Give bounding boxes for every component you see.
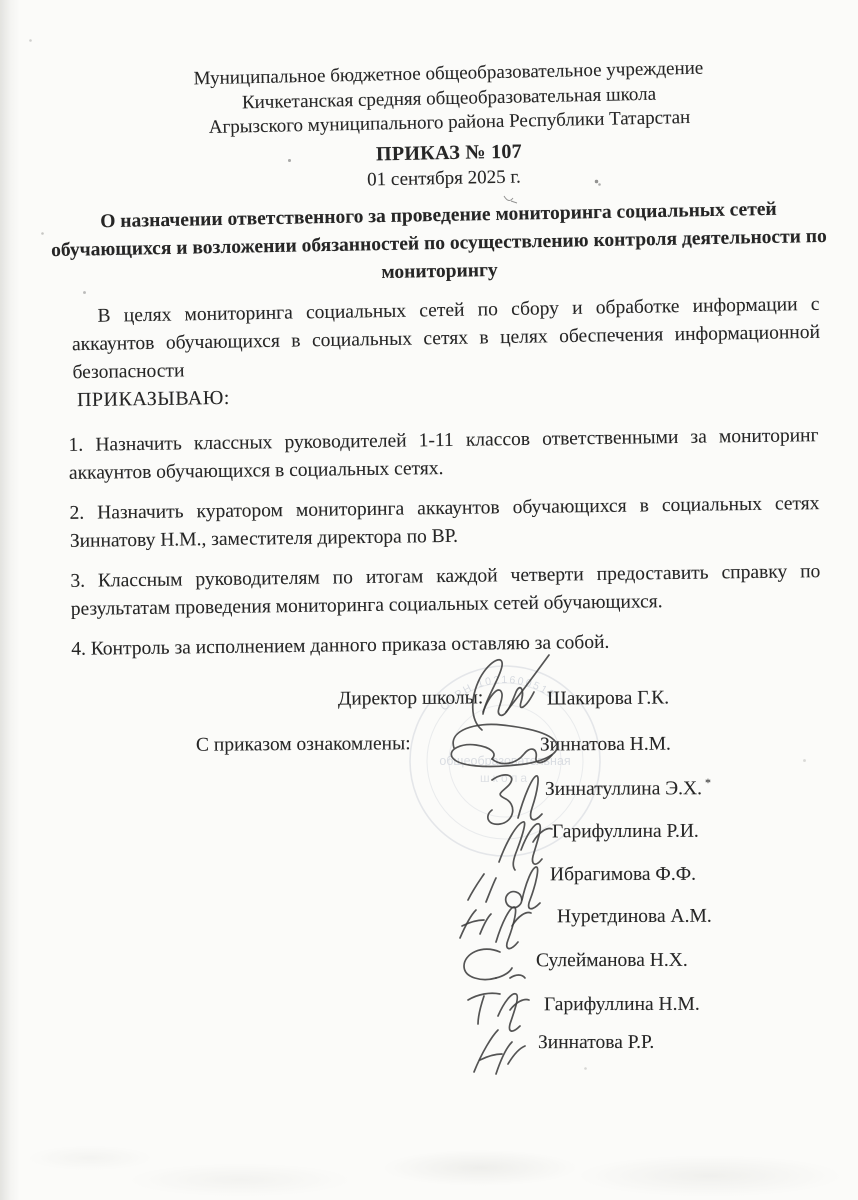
organization-header: Муниципальное бюджетное общеобразователь… [48, 54, 849, 144]
signatory-name-5: Сулейманова Н.Х. [536, 950, 688, 972]
order-item-1: 1. Назначить классных руководителей 1-11… [68, 422, 819, 488]
signatory-name-1: Зиннатуллина Э.Х.* [545, 776, 711, 801]
order-items: 1. Назначить классных руководителей 1-11… [68, 422, 821, 676]
director-name: Шакирова Г.К. [547, 687, 669, 710]
order-item-2: 2. Назначить куратором мониторинга аккау… [69, 490, 820, 556]
signatory-note-mark: * [705, 776, 711, 790]
order-item-3: 3. Классным руководителям по итогам кажд… [70, 558, 821, 624]
scan-speckles [0, 0, 1, 1]
signatory-name-text: Зиннатуллина Э.Х. [545, 778, 702, 800]
scanned-document-page: Муниципальное бюджетное общеобразователь… [0, 0, 858, 1200]
decree-word: ПРИКАЗЫВАЮ: [77, 387, 230, 412]
order-preamble: В целях мониторинга социальных сетей по … [71, 291, 820, 387]
signatory-signature-7 [462, 1022, 536, 1078]
acknowledged-label: С приказом ознакомлены: [196, 733, 411, 756]
scan-edge-shadow [0, 0, 20, 1200]
order-subject: О назначении ответственного за проведени… [43, 195, 834, 293]
signatory-name-4: Нуретдинова А.М. [557, 906, 712, 929]
signatory-name-2: Гарифуллина Р.И. [552, 821, 699, 844]
signatory-name-6: Гарифуллина Н.М. [544, 994, 700, 1016]
signatory-name-7: Зиннатова Р.Р. [538, 1032, 654, 1054]
signatory-name-3: Ибрагимова Ф.Ф. [550, 864, 696, 887]
signatory-signature-5 [452, 940, 536, 990]
scan-bottom-noise [0, 1118, 858, 1200]
